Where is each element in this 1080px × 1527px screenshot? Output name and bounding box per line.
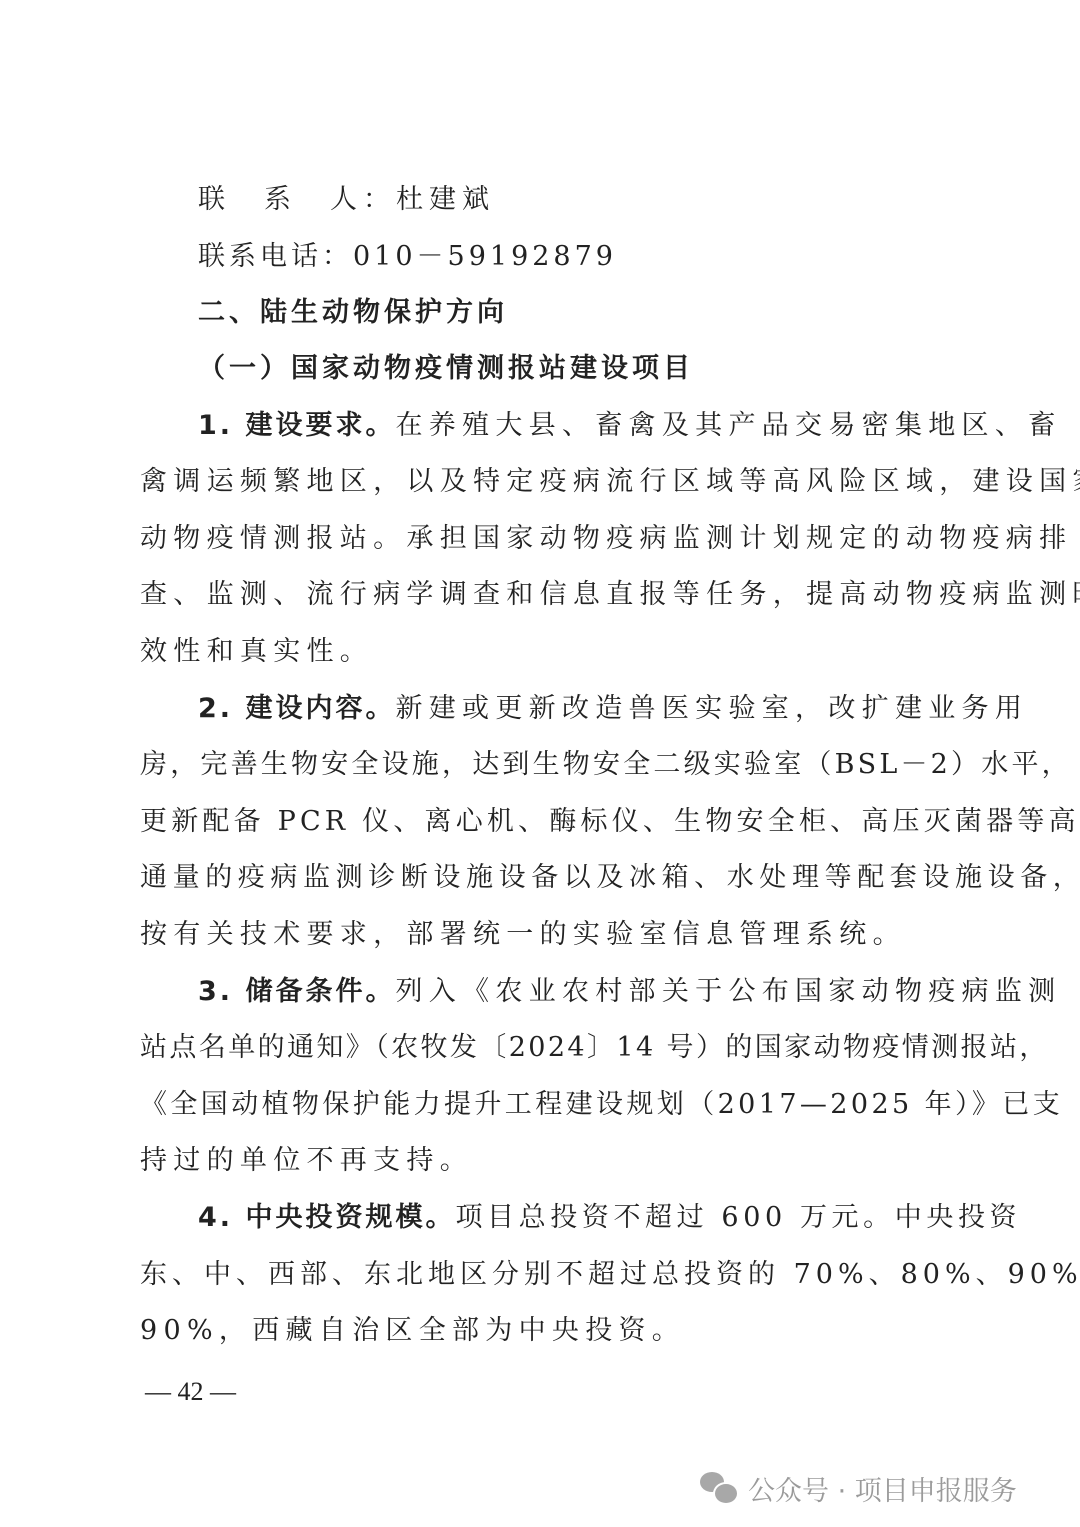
contact-person-label: 联 系 人： (198, 184, 396, 215)
item-2-lead: 2. 建设内容。 (198, 693, 395, 724)
item-2-line: 按有关技术要求，部署统一的实验室信息管理系统。 (140, 918, 940, 952)
watermark-text: 公众号 · 项目申报服务 (748, 1469, 1017, 1508)
subsection-title: （一）国家动物疫情测报站建设项目 (198, 352, 998, 386)
item-1-text: 在养殖大县、畜禽及其产品交易密集地区、畜 (395, 410, 1061, 441)
item-1-line: 禽调运频繁地区，以及特定疫病流行区域等高风险区域，建设国家 (140, 465, 940, 499)
item-2-text: 新建或更新改造兽医实验室，改扩建业务用 (395, 693, 1028, 724)
item-3-line: 站点名单的通知》（农牧发〔2024〕14 号）的国家动物疫情测报站， (140, 1031, 940, 1065)
item-3-line: 持过的单位不再支持。 (140, 1144, 940, 1178)
item-3-lead: 3. 储备条件。 (198, 976, 395, 1007)
item-4-text: 项目总投资不超过 600 万元。中央投资 (455, 1202, 1021, 1233)
watermark: 公众号 · 项目申报服务 (700, 1468, 1017, 1508)
item-2-line: 通量的疫病监测诊断设施设备以及冰箱、水处理等配套设施设备， (140, 861, 940, 895)
item-1-line: 查、监测、流行病学调查和信息直报等任务，提高动物疫病监测时 (140, 578, 940, 612)
item-2-line: 房，完善生物安全设施，达到生物安全二级实验室（BSL－2）水平， (140, 748, 940, 782)
section-title: 二、陆生动物保护方向 (198, 296, 998, 330)
item-3-line: 《全国动植物保护能力提升工程建设规划（2017—2025 年）》已支 (140, 1088, 940, 1122)
item-4-line: 90%，西藏自治区全部为中央投资。 (140, 1314, 940, 1348)
page-number: — 42 — (145, 1375, 236, 1409)
item-1-lead: 1. 建设要求。 (198, 410, 395, 441)
item-2-line: 更新配备 PCR 仪、离心机、酶标仪、生物安全柜、高压灭菌器等高 (140, 805, 940, 839)
item-3-text: 列入《农业农村部关于公布国家动物疫病监测 (395, 976, 1061, 1007)
item-4-line: 东、中、西部、东北地区分别不超过总投资的 70%、80%、90%、 (140, 1258, 940, 1292)
item-1-line: 效性和真实性。 (140, 635, 940, 669)
item-1-first-line: 1. 建设要求。在养殖大县、畜禽及其产品交易密集地区、畜 (198, 409, 998, 443)
contact-person-name: 杜建斌 (396, 184, 495, 215)
item-3-first-line: 3. 储备条件。列入《农业农村部关于公布国家动物疫病监测 (198, 975, 998, 1009)
contact-person-line: 联 系 人：杜建斌 (198, 183, 998, 217)
item-4-first-line: 4. 中央投资规模。项目总投资不超过 600 万元。中央投资 (198, 1201, 998, 1235)
wechat-icon (700, 1470, 740, 1506)
item-2-first-line: 2. 建设内容。新建或更新改造兽医实验室，改扩建业务用 (198, 692, 998, 726)
document-page: 联 系 人：杜建斌 联系电话：010－59192879 二、陆生动物保护方向 （… (0, 0, 1080, 1527)
contact-phone-label: 联系电话： (198, 241, 353, 272)
contact-phone-value: 010－59192879 (353, 241, 617, 272)
item-4-lead: 4. 中央投资规模。 (198, 1202, 455, 1233)
contact-phone-line: 联系电话：010－59192879 (198, 240, 998, 274)
item-1-line: 动物疫情测报站。承担国家动物疫病监测计划规定的动物疫病排 (140, 522, 940, 556)
